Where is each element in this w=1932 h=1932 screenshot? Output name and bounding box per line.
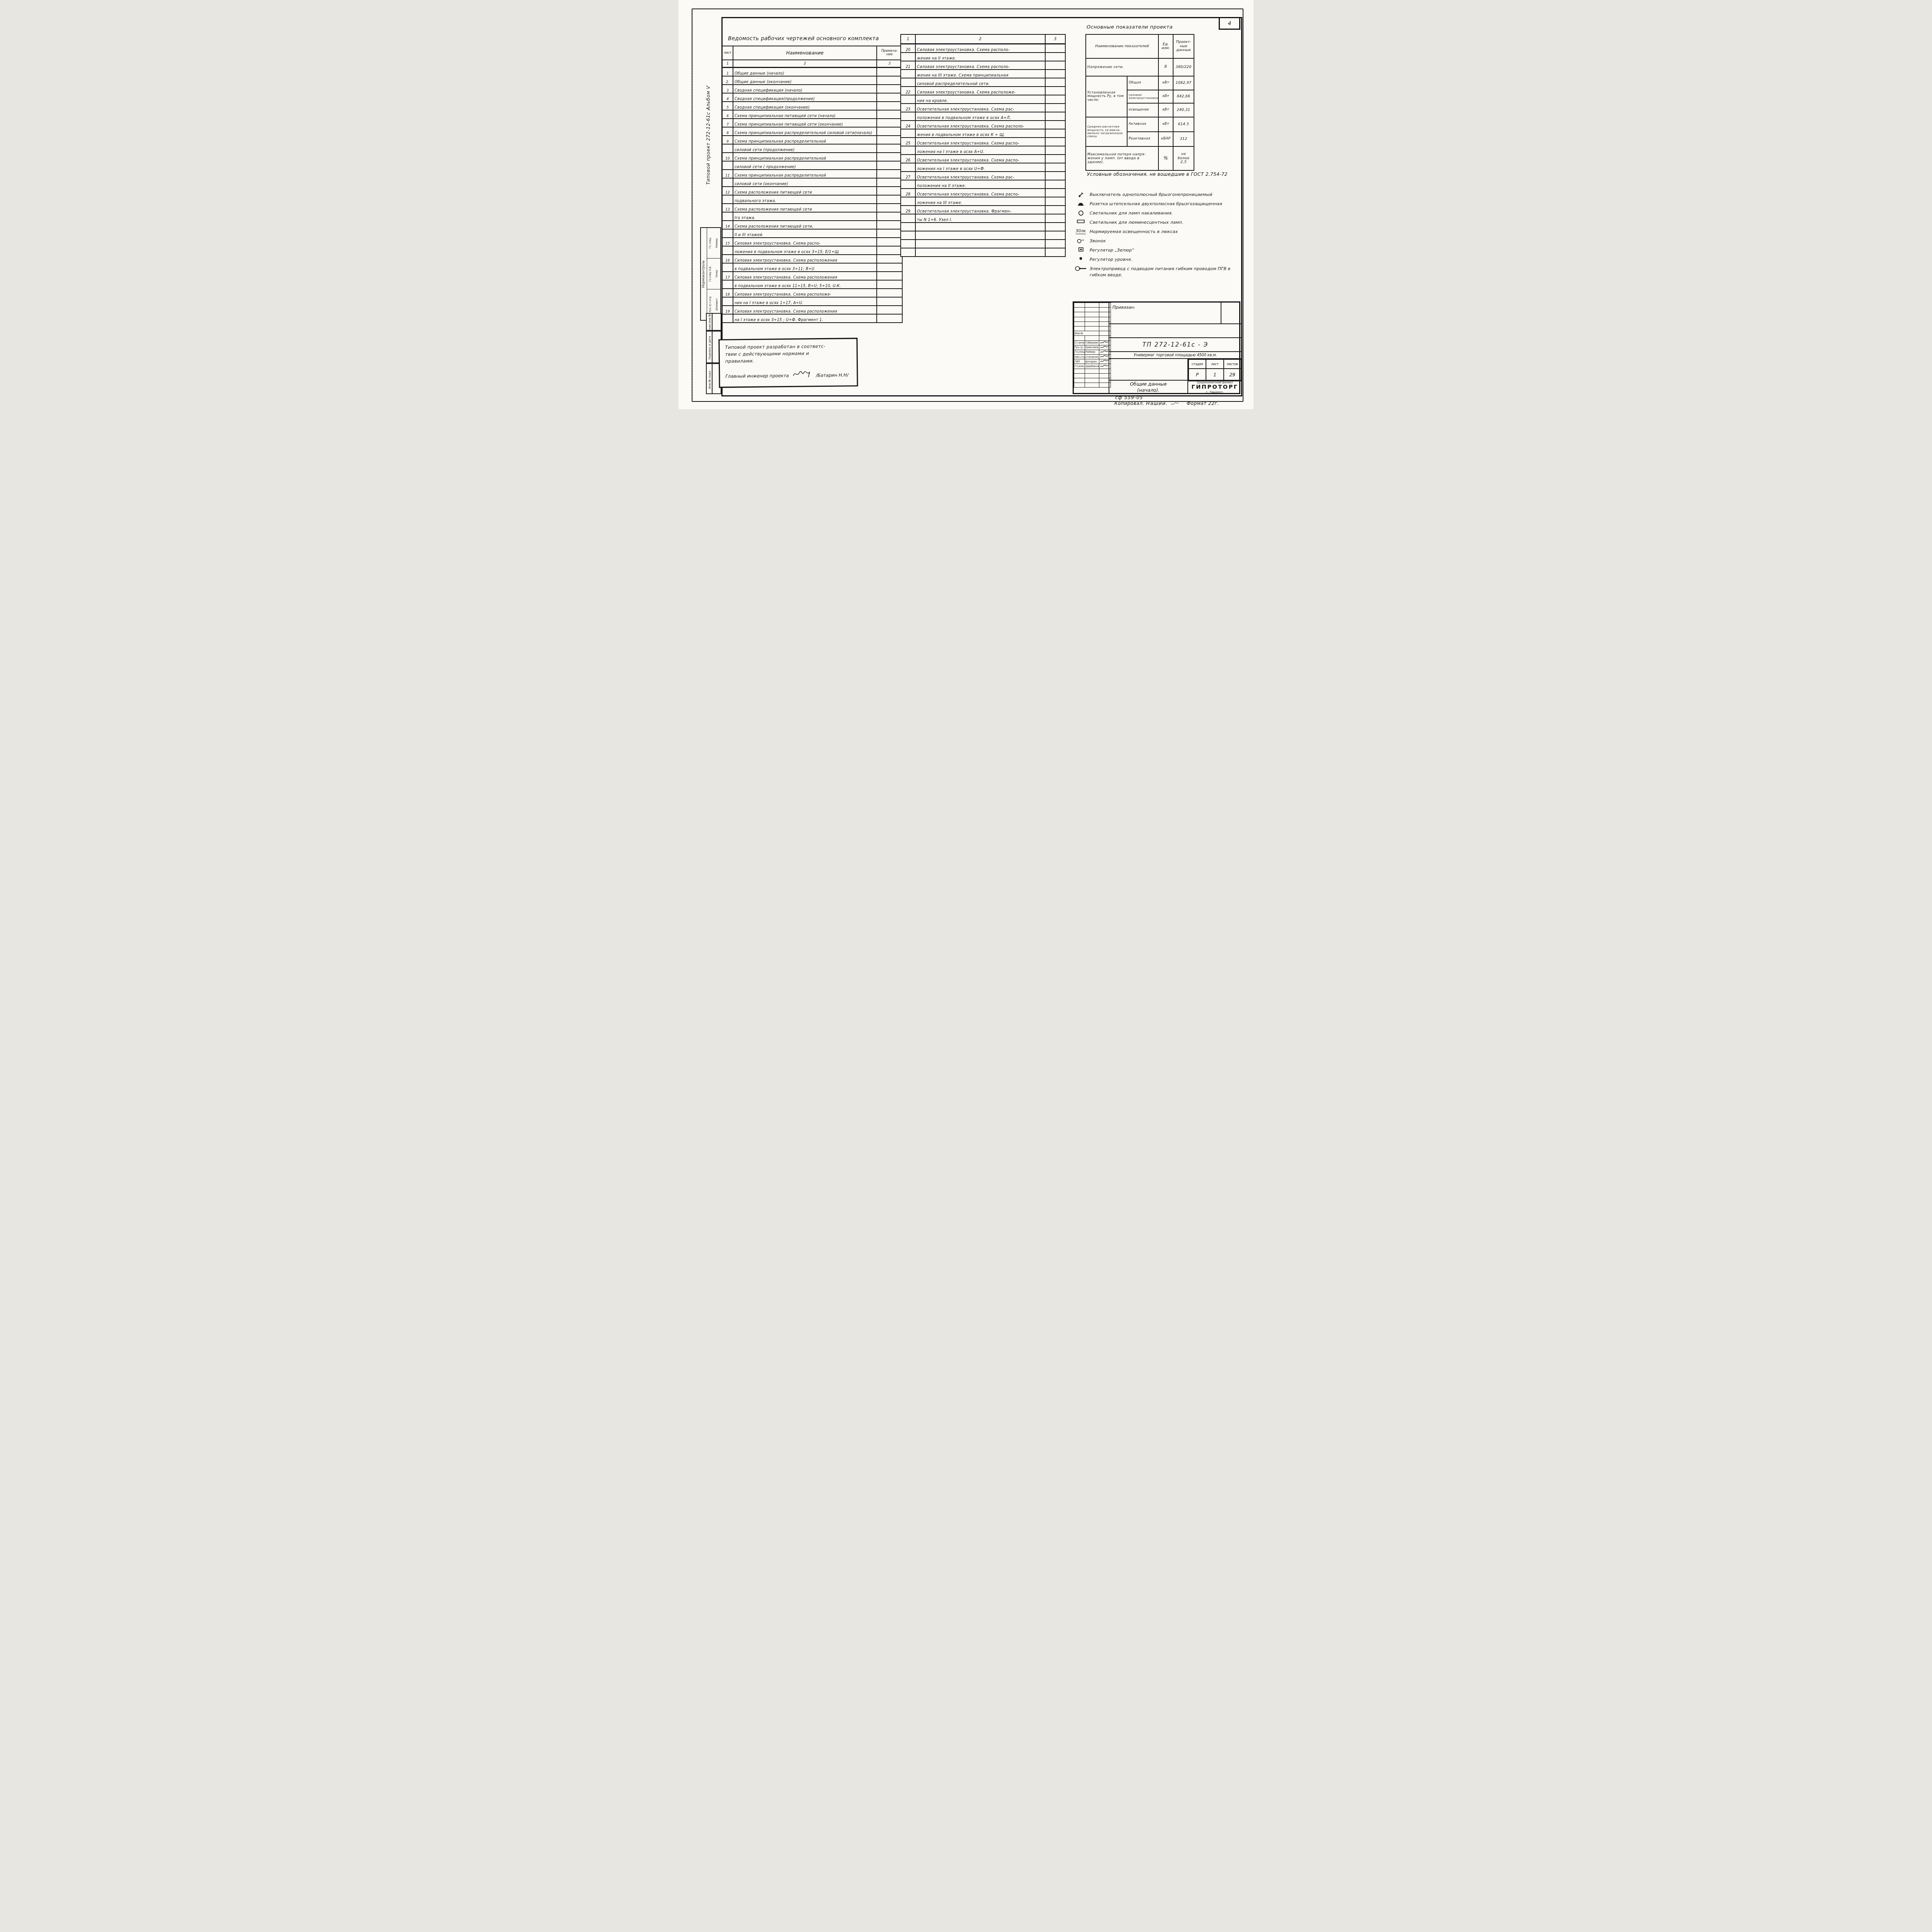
normo-role: Гл.спец П.Б. [707, 259, 714, 289]
legend-item: зв Регулятор „Зепюр“ [1072, 247, 1243, 254]
drawing-list-2-colnums: 1 2 3 [901, 34, 1065, 44]
drawing-list-table-2: 1 2 3 20 Силовая электроустановка. Схема… [900, 34, 1066, 257]
drawing-list-title: Ведомость рабочих чертежей основного ком… [728, 36, 890, 42]
indicator-group-name: Средняя расчетная мощность за макси- мал… [1086, 117, 1127, 146]
drawing-list-row: 23 Осветительная электроустановка. Схема… [901, 104, 1065, 112]
legend-item-text: Розетка штепсельная двухполюсная брызгоз… [1090, 201, 1222, 207]
chief-engineer-label: Главный инженер проекта [725, 373, 789, 379]
stage-left-empty [1109, 359, 1188, 380]
stage-value: Р [1189, 369, 1206, 381]
drawing-list-row: 20 Силовая электроустановка. Схема распо… [901, 44, 1065, 53]
drawing-list-row: ложения в подвальном этаже в осях 3÷15; … [722, 246, 902, 255]
org-name: ГИПРОТОРГ [1188, 384, 1242, 390]
legend-item-text: Светильник для люминесцентных ламп. [1090, 219, 1183, 226]
normo-name: Реймер [714, 228, 720, 259]
sheet-header: лист [1206, 359, 1223, 369]
indicators-table: Наименование показателей Ед. изм. Проект… [1085, 34, 1194, 171]
drawing-list-row: ложения на I этаже в осях А÷U. [901, 146, 1065, 155]
drawing-list-row: 26 Осветительная электроустановка. Схема… [901, 155, 1065, 163]
drawing-list-row: 28 Осветительная электроустановка. Схема… [901, 189, 1065, 197]
drawing-list-row: 14 Схема расположения питающей сети, [722, 221, 902, 229]
drawing-list-row: 11 Схема принципиальная распределительно… [722, 170, 902, 178]
legend-item: зв Светильник для ламп накаливания. [1072, 210, 1243, 217]
inv-number-label: Инв № [1074, 331, 1099, 336]
drawing-list-row: 8 Схема принципиальная распределительной… [722, 127, 902, 136]
copier-name: Наший. [1146, 401, 1168, 406]
format-label: Формат 22г. [1187, 401, 1219, 406]
legend-item: зв 30лк Нормируемая освещенность в люкса… [1072, 229, 1243, 235]
drawing-list-row: 22 Силовая электроустановка. Схема распо… [901, 87, 1065, 95]
drawing-list-row: ложения на I этаже в осях U÷Ф. [901, 163, 1065, 172]
privyazan-cell: Привязан: [1109, 303, 1242, 324]
privyazan-empty-cell [1221, 303, 1242, 323]
drawing-list-row: силовой распределительной сети. [901, 78, 1065, 87]
chief-engineer-name: /Батарин Н.Н/ [816, 372, 849, 378]
drawing-list-row: 10 Схема принципиальная распределительно… [722, 153, 902, 161]
indicators-title: Основные показатели проекта [1087, 24, 1202, 30]
legend-item-text: Регулятор „Зепюр“ [1090, 247, 1134, 253]
sheets-value: 29 [1224, 369, 1241, 381]
drawing-list-header: лист Наименование Примеча- ние [722, 46, 902, 60]
titleblock-staff-row: ГИП Батарин [1074, 359, 1111, 364]
legend-title: Условные обозначения, не вошедшие в ГОСТ… [1072, 172, 1243, 177]
legend-symbol-icon: зв [1072, 238, 1090, 243]
signature-icon [1100, 350, 1109, 354]
note-box: Типовой проект разработан в соответс- тв… [718, 338, 858, 388]
legend-symbol-icon: зв [1072, 266, 1090, 271]
sheet-title: Общие данные (начало). [1109, 381, 1188, 394]
legend-symbol-label: 30лк [1076, 229, 1086, 234]
legend-item-text: Звонок [1090, 238, 1106, 244]
drawing-list-row: 27 Осветительная электроустановка. Схема… [901, 172, 1065, 180]
indicator-name: Напряжение сети. [1086, 58, 1158, 76]
drawing-list-table: лист Наименование Примеча- ние 1 2 3 1 О… [722, 46, 903, 323]
drawing-list-row: жения на III этаже. Схема принципиальная [901, 70, 1065, 78]
indicators-h-val: Проект- ные данные [1173, 34, 1194, 58]
legend-item-text: Нормируемая освещенность в люксах [1090, 229, 1178, 235]
drawing-list-row: 19 Силовая электроустановка. Схема распо… [722, 306, 902, 314]
legend-symbol-icon: зв [1072, 257, 1090, 261]
drawing-list-row: силовой сети (продолжение) [722, 144, 902, 153]
drawing-list-row: 13 Схема расположения питающей сети [722, 204, 902, 212]
drawing-list-row: на I этаже в осях 3÷15 ; U÷Ф. Фрагмент 1… [722, 314, 902, 323]
normo-role: Гл. спец [707, 228, 714, 259]
drawing-list-row: Iго этажа. [722, 212, 902, 221]
titleblock-staff-row: Ст.инж. Гоберман [1074, 340, 1111, 345]
drawing-list-row: силовой сети ( продолжение) [722, 161, 902, 170]
titleblock-staff-row: Нач.отд. Степанян [1074, 355, 1111, 359]
object-name: Универмаг торговой площадью 4500 кв.м. [1109, 352, 1242, 359]
titleblock-staff-row: Гл.спец Реймер [1074, 350, 1111, 354]
legend-symbol-icon: зв [1072, 201, 1090, 206]
sheet-title-band: Общие данные (начало). Среднеазиатский ф… [1109, 381, 1242, 395]
stage-table: стадия лист листов Р 1 29 [1188, 359, 1242, 381]
drawing-list-row: в подвальном этаже в осях 3÷11; В÷U [722, 263, 902, 272]
drawing-list-row [901, 240, 1065, 248]
indicators-h-unit: Ед. изм. [1158, 34, 1173, 58]
drawing-list-row [901, 223, 1065, 231]
svg-text:зв: зв [1082, 239, 1084, 241]
legend-item-text: Регулятор уровня. [1090, 257, 1132, 263]
form-code: сф 559-05 [1115, 395, 1143, 400]
indicator-value: 380/220 [1173, 58, 1194, 76]
drawing-list-row: 7 Схема принципиальная питающей сети (ок… [722, 119, 902, 127]
legend-symbol-icon: зв [1072, 219, 1090, 224]
signature-icon [1100, 364, 1109, 368]
drawing-list-row: 3 Сводная спецификация (начало) [722, 85, 902, 93]
normokontrol-label: Нормоконтроль [701, 228, 707, 320]
drawing-list-row: 15 Силовая электроустановка. Схема распо… [722, 238, 902, 246]
drawing-list-row [901, 231, 1065, 240]
drawing-list-row: 2. Общие данные (окончание) [722, 76, 902, 85]
drawing-list-row: 24 Осветительная электроустановка. Схема… [901, 121, 1065, 129]
drawing-list-row: 5 Сводная спецификация (окончание) [722, 102, 902, 110]
scan-noise-left [692, 9, 693, 400]
legend-symbol-icon: зв [1072, 247, 1090, 252]
drawing-list-row: жения на II этаже. [901, 53, 1065, 61]
indicator-value: 240,31 [1173, 103, 1194, 117]
legend-item: зв Регулятор уровня. [1072, 257, 1243, 263]
sheet-number-box: 4 [1219, 17, 1240, 30]
drawing-list-row: 16 Силовая электроустановка. Схема распо… [722, 255, 902, 263]
indicator-group-name: Установленная мощность Ру, в том числе: [1086, 76, 1127, 117]
legend-item: зв Розетка штепсельная двухполюсная брыз… [1072, 201, 1243, 207]
legend: Условные обозначения, не вошедшие в ГОСТ… [1072, 172, 1243, 281]
signature-icon [1100, 341, 1109, 344]
stage-header: стадия [1189, 359, 1206, 369]
legend-item: зв Выключатель однополюсный брызгонепрон… [1072, 192, 1243, 198]
drawing-sheet: 4 Типовой проект 272-12-61с Альбом V Нор… [679, 0, 1253, 409]
frame-cell-empty [712, 313, 721, 331]
indicator-value: 614.5 [1173, 117, 1194, 132]
drawing-list-row: положения в подвальном этаже в осях А÷Л. [901, 112, 1065, 121]
signature-icon [1100, 355, 1109, 358]
normokontrol-roles: Гл. спец Гл.спец П.Б. Рук.гр.т.отд [707, 228, 714, 320]
drawing-list-row: 18 Силовая электроустановка. Схема распо… [722, 289, 902, 297]
note-line: правилами. [725, 357, 852, 365]
drawing-list-row: подвального этажа. [722, 195, 902, 204]
signature-icon [1170, 401, 1180, 406]
copied-by-line: Копировал. Наший. Формат 22г. [1114, 401, 1219, 406]
drawing-list-row [901, 248, 1065, 257]
titleblock-staff-row: Гл.инж.ф. Щербаков [1074, 364, 1111, 369]
normokontrol-stamp: Нормоконтроль Гл. спец Гл.спец П.Б. Рук.… [700, 227, 721, 321]
drawing-list-row: силовой сети (окончание) [722, 178, 902, 187]
drawing-list-row: ложения на III этаже. [901, 197, 1065, 206]
normo-name: Тепер [714, 259, 720, 289]
stage-band: стадия лист листов Р 1 29 [1109, 359, 1242, 381]
drawing-list-row: положения на II этаже. [901, 180, 1065, 189]
legend-item: зв Электропривод с подводом питания гибк… [1072, 266, 1243, 278]
drawing-list-row: 21 Силовая электроустановка. Схема распо… [901, 61, 1065, 70]
signature-icon [1100, 359, 1109, 363]
drawing-list-row: в подвальном этаже в осях 11÷15, В÷U; 5÷… [722, 280, 902, 289]
org-city: г. Ташкент. [1188, 390, 1242, 394]
drawing-list-row: 17 Силовая электроустановка. Схема распо… [722, 272, 902, 280]
drawing-list-row: ния на кровле. [901, 95, 1065, 104]
drawing-list-row: 9 Схема принципиальная распределительной [722, 136, 902, 144]
indicator-value: не более 2,5 [1173, 146, 1194, 170]
drawing-list-row: 29 Осветительная электроустановка. Фрагм… [901, 206, 1065, 214]
title-block: Инв № Ст.инж. Гоберман Рук.гр. Ермолаев [1073, 301, 1240, 394]
drawing-list-row: 25 Осветительная электроустановка. Схема… [901, 138, 1065, 146]
org-branch: Среднеазиатский филиал [1188, 381, 1242, 384]
titleblock-staff-row: Рук.гр. Ермолаев [1074, 345, 1111, 350]
legend-symbol-icon: зв [1072, 192, 1090, 197]
titleblock-empty-band [1109, 324, 1242, 338]
signature-icon [791, 369, 813, 378]
drawing-list-colnums: 1 2 3 [722, 60, 902, 68]
title-block-staff-grid: Инв № Ст.инж. Гоберман Рук.гр. Ермолаев [1074, 303, 1109, 393]
signature-icon [1100, 345, 1109, 349]
margin-album-label: Типовой проект 272-12-61с Альбом V [703, 19, 713, 185]
indicator-value: 1082,97 [1173, 76, 1194, 90]
legend-item: зв Светильник для люминесцентных ламп. [1072, 219, 1243, 226]
legend-item: зв Звонок [1072, 238, 1243, 245]
drawing-list-row: жения в подвальном этаже в осях К ÷ Щ. [901, 129, 1065, 138]
drawing-list-row: 4 Сводная спецификация(продолжение) [722, 93, 902, 102]
organization-block: Среднеазиатский филиал ГИПРОТОРГ г. Ташк… [1188, 381, 1242, 394]
legend-symbol-icon: зв 30лк [1072, 229, 1090, 233]
legend-item-text: Светильник для ламп накаливания. [1090, 210, 1173, 216]
drawing-list-row: 6 Схема принципиальная питающей сети (на… [722, 110, 902, 119]
drawing-list-row: II и III этажей. [722, 229, 902, 238]
indicators-h-name: Наименование показателей [1086, 34, 1158, 58]
document-code: ТП 272-12-61с - Э [1109, 338, 1242, 352]
sheets-header: листов [1224, 359, 1241, 369]
indicator-value: 842,66 [1173, 90, 1194, 103]
drawing-list-row: ния на I этаже в осях 1÷17, А÷U. [722, 297, 902, 306]
legend-item-text: Выключатель однополюсный брызгонепроница… [1090, 192, 1213, 198]
indicator-name: Максимальная потеря напря- жения у ламп.… [1086, 146, 1158, 170]
drawing-list-row: 1 Общие данные (начало) [722, 68, 902, 77]
sheet-value: 1 [1206, 369, 1223, 381]
drawing-list-row: 12 Схема расположения питающей сети [722, 187, 902, 195]
legend-item-text: Электропривод с подводом питания гибким … [1090, 266, 1243, 278]
normokontrol-names: Реймер Тепер Шкамрот [714, 228, 720, 320]
indicator-value: 312 [1173, 132, 1194, 146]
drawing-list-row: ты N 1÷6. Узел I. [901, 214, 1065, 223]
legend-symbol-icon: зв [1072, 210, 1090, 216]
